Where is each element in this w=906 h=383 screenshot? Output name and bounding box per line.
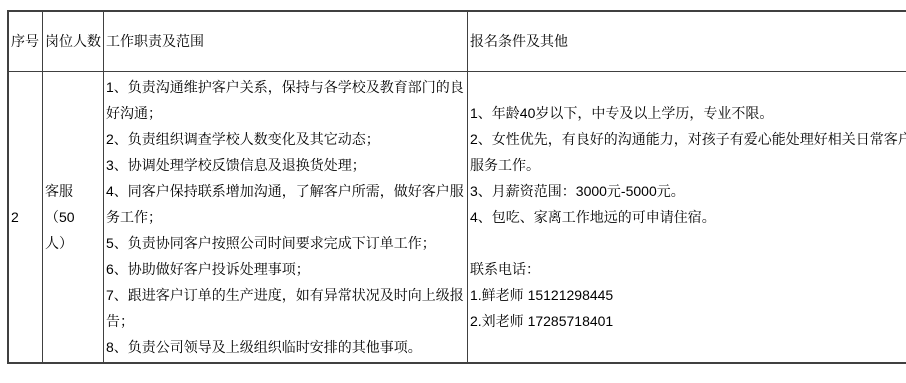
contact-entry: 1.鲜老师 15121298445	[470, 282, 906, 308]
cell-duties: 1、负责沟通维护客户关系，保持与各学校及教育部门的良好沟通；2、负责组织调查学校…	[104, 71, 468, 363]
contact-label: 联系电话：	[470, 256, 906, 282]
requirement-item: 2、女性优先，有良好的沟通能力，对孩子有爱心能处理好相关日常客户服务工作。	[470, 126, 906, 178]
duty-item: 2、负责组织调查学校人数变化及其它动态；	[106, 126, 465, 152]
cell-seq: 2	[8, 71, 43, 363]
duty-item: 5、负责协同客户按照公司时间要求完成下订单工作；	[106, 230, 465, 256]
header-position: 岗位人数	[43, 11, 104, 71]
header-seq: 序号	[8, 11, 43, 71]
job-posting-table: 序号 岗位人数 工作职责及范围 报名条件及其他 2 客服 （50 人） 1、负责…	[7, 10, 906, 364]
duty-item: 8、负责公司领导及上级组织临时安排的其他事项。	[106, 334, 465, 360]
page: 序号 岗位人数 工作职责及范围 报名条件及其他 2 客服 （50 人） 1、负责…	[0, 0, 906, 383]
table-row: 2 客服 （50 人） 1、负责沟通维护客户关系，保持与各学校及教育部门的良好沟…	[8, 71, 906, 363]
cell-requirements: 1、年龄40岁以下，中专及以上学历，专业不限。2、女性优先，有良好的沟通能力，对…	[468, 71, 906, 363]
requirements-list: 1、年龄40岁以下，中专及以上学历，专业不限。2、女性优先，有良好的沟通能力，对…	[470, 100, 906, 230]
duties-list: 1、负责沟通维护客户关系，保持与各学校及教育部门的良好沟通；2、负责组织调查学校…	[106, 74, 465, 360]
contact-block: 联系电话： 1.鲜老师 151212984452.刘老师 17285718401	[470, 256, 906, 334]
cell-position: 客服 （50 人）	[43, 71, 104, 363]
duty-item: 7、跟进客户订单的生产进度，如有异常状况及时向上级报告；	[106, 282, 465, 334]
duty-item: 3、协调处理学校反馈信息及退换货处理；	[106, 152, 465, 178]
contact-entry: 2.刘老师 17285718401	[470, 308, 906, 334]
duty-item: 6、协助做好客户投诉处理事项；	[106, 256, 465, 282]
header-row: 序号 岗位人数 工作职责及范围 报名条件及其他	[8, 11, 906, 71]
contact-list: 1.鲜老师 151212984452.刘老师 17285718401	[470, 282, 906, 334]
requirement-item: 3、月薪资范围：3000元-5000元。	[470, 178, 906, 204]
requirement-item: 4、包吃、家离工作地远的可申请住宿。	[470, 204, 906, 230]
duty-item: 4、同客户保持联系增加沟通，了解客户所需，做好客户服务工作；	[106, 178, 465, 230]
requirement-item: 1、年龄40岁以下，中专及以上学历，专业不限。	[470, 100, 906, 126]
duty-item: 1、负责沟通维护客户关系，保持与各学校及教育部门的良好沟通；	[106, 74, 465, 126]
header-requirements: 报名条件及其他	[468, 11, 906, 71]
header-duties: 工作职责及范围	[104, 11, 468, 71]
